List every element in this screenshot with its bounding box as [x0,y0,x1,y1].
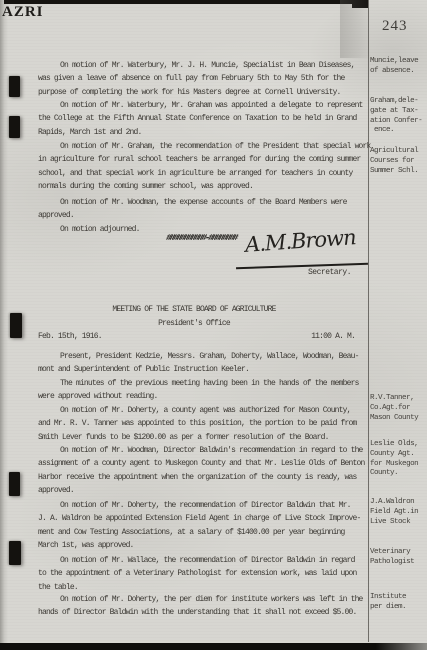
bottom-edge-bar [0,643,427,650]
signature-title: Secretary. [308,266,351,279]
body-paragraph: On motion of Mr. Waterbury, Mr. J. H. Mu… [38,59,355,99]
meeting-subheading: President's Office [38,317,350,330]
main-text-column: On motion of Mr. Waterbury, Mr. J. H. Mu… [38,54,370,634]
scan-left-gutter [0,0,8,650]
ink-blot [9,472,20,496]
body-paragraph: On motion of Mr. Waterbury, Mr. Graham w… [38,99,363,139]
margin-note: Leslie Olds, County Agt. for Muskegon Co… [370,440,418,479]
meeting-time: 11:00 A. M. [311,330,355,343]
ink-blot [10,313,22,338]
margin-note: Graham,dele- gate at Tax- ation Confer- … [370,97,422,136]
hash-divider: ###########-######## [164,232,237,245]
margin-note: R.V.Tanner, Co.Agt.for Mason County [370,394,418,423]
meeting-paragraph: On motion of Mr. Wallace, the recommenda… [38,554,356,594]
meeting-paragraph: The minutes of the previous meeting havi… [38,377,359,404]
meeting-paragraph: On motion of Mr. Doherty, the recommenda… [38,499,360,553]
top-edge-bar [4,0,368,4]
page-number: 243 [382,18,408,35]
margin-note: Muncie,leave of absence. [370,57,418,77]
margin-note: J.A.Waldron Field Agt.in Live Stock [370,498,418,527]
scanned-minutes-page: AZRI 243 On motion of Mr. Waterbury, Mr.… [0,0,427,650]
body-paragraph: On motion of Mr. Graham, the recommendat… [38,140,371,194]
ink-blot [9,541,21,565]
ink-blot [9,76,20,97]
body-paragraph: On motion adjourned. [38,223,140,236]
margin-note: Veterinary Pathologist [370,548,414,568]
meeting-paragraph: On motion of Mr. Woodman, Director Baldw… [38,444,364,498]
meeting-date: Feb. 15th, 1916. [38,330,102,343]
body-paragraph: On motion of Mr. Woodman, the expense ac… [38,196,347,223]
meeting-date-row: Feb. 15th, 1916. 11:00 A. M. [38,330,370,343]
archive-stamp: AZRI [2,4,44,21]
margin-note: Agricultural Courses for Summer Schl. [370,147,418,176]
top-right-shade [340,0,368,58]
meeting-heading: MEETING OF THE STATE BOARD OF AGRICULTUR… [38,303,350,316]
secretary-signature: A.M.Brown [245,231,356,252]
meeting-paragraph: Present, President Kedzie, Messrs. Graha… [38,350,359,377]
margin-note: Institute per diem. [370,593,406,613]
ink-blot [9,116,20,138]
meeting-paragraph: On motion of Mr. Doherty, a county agent… [38,404,356,444]
meeting-paragraph: On motion of Mr. Doherty, the per diem f… [38,593,363,620]
